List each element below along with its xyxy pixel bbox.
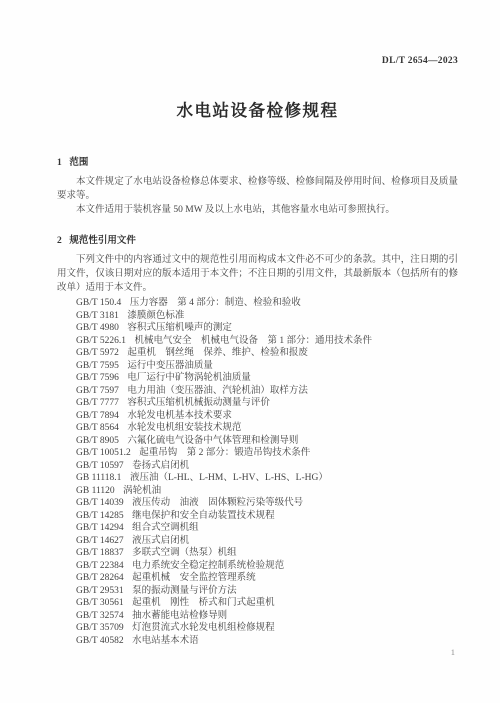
reference-title: 容积式压缩机机械振动测量与评价 — [127, 398, 270, 408]
reference-item: GB/T 7777容积式压缩机机械振动测量与评价 — [76, 397, 458, 410]
reference-title: 水电站基本术语 — [132, 636, 199, 646]
reference-code: GB/T 35709 — [76, 623, 124, 633]
reference-code: GB/T 5972 — [76, 348, 119, 358]
reference-item: GB/T 7597电力用油（变压器油、汽轮机油）取样方法 — [76, 385, 458, 398]
reference-code: GB/T 5226.1 — [76, 336, 126, 346]
reference-code: GB/T 7777 — [76, 398, 119, 408]
reference-code: GB/T 8564 — [76, 423, 119, 433]
reference-title: 水轮发电机基本技术要求 — [127, 411, 232, 421]
reference-title: 压力容器 第 4 部分：制造、检验和验收 — [130, 298, 301, 308]
reference-title: 容积式压缩机噪声的测定 — [127, 323, 232, 333]
reference-item: GB/T 4980容积式压缩机噪声的测定 — [76, 322, 458, 335]
reference-code: GB/T 14294 — [76, 523, 124, 533]
reference-code: GB/T 8905 — [76, 436, 119, 446]
reference-title: 组合式空调机组 — [132, 523, 199, 533]
reference-code: GB/T 28264 — [76, 573, 124, 583]
reference-code: GB/T 10597 — [76, 461, 124, 471]
scope-paragraph-2: 本文件适用于装机容量 50 MW 及以上水电站，其他容量水电站可参照执行。 — [57, 203, 458, 217]
reference-item: GB 11120涡轮机油 — [76, 485, 458, 498]
section-number: 1 — [57, 158, 62, 168]
document-page: DL/T 2654—2023 水电站设备检修规程 1范围 本文件规定了水电站设备… — [0, 0, 500, 703]
reference-title: 六氟化硫电气设备中气体管理和检测导则 — [127, 436, 298, 446]
reference-title: 灯泡贯流式水轮发电机组检修规程 — [132, 623, 275, 633]
section-heading-scope: 1范围 — [57, 154, 458, 168]
reference-item: GB/T 40582水电站基本术语 — [76, 635, 458, 648]
reference-code: GB/T 22384 — [76, 561, 124, 571]
reference-item: GB/T 14285继电保护和安全自动装置技术规程 — [76, 510, 458, 523]
reference-item: GB/T 35709灯泡贯流式水轮发电机组检修规程 — [76, 622, 458, 635]
reference-title: 液压式启闭机 — [132, 536, 189, 546]
reference-item: GB/T 5226.1机械电气安全 机械电气设备 第 1 部分：通用技术条件 — [76, 335, 458, 348]
reference-code: GB/T 3181 — [76, 311, 119, 321]
reference-item: GB/T 32574抽水蓄能电站检修导则 — [76, 610, 458, 623]
reference-code: GB/T 7894 — [76, 411, 119, 421]
reference-title: 电厂运行中矿物涡轮机油质量 — [127, 373, 251, 383]
reference-title: 多联式空调（热泵）机组 — [132, 548, 237, 558]
reference-item: GB/T 22384电力系统安全稳定控制系统检验规范 — [76, 560, 458, 573]
reference-code: GB/T 150.4 — [76, 298, 121, 308]
reference-item: GB/T 29531泵的振动测量与评价方法 — [76, 585, 458, 598]
reference-code: GB/T 30561 — [76, 598, 124, 608]
reference-item: GB 11118.1液压油（L-HL、L-HM、L-HV、L-HS、L-HG） — [76, 472, 458, 485]
reference-title: 液压传动 油液 固体颗粒污染等级代号 — [132, 498, 303, 508]
reference-title: 继电保护和安全自动装置技术规程 — [132, 511, 275, 521]
reference-item: GB/T 14294组合式空调机组 — [76, 522, 458, 535]
reference-title: 起重吊钩 第 2 部分：锻造吊钩技术条件 — [139, 448, 310, 458]
reference-item: GB/T 150.4压力容器 第 4 部分：制造、检验和验收 — [76, 297, 458, 310]
reference-code: GB/T 14039 — [76, 498, 124, 508]
reference-code: GB/T 7596 — [76, 373, 119, 383]
reference-item: GB/T 8564水轮发电机组安装技术规范 — [76, 422, 458, 435]
reference-code: GB/T 14627 — [76, 536, 124, 546]
reference-title: 起重机 钢丝绳 保养、维护、检验和报废 — [127, 348, 308, 358]
reference-title: 机械电气安全 机械电气设备 第 1 部分：通用技术条件 — [135, 336, 373, 346]
reference-code: GB/T 40582 — [76, 636, 124, 646]
reference-code: GB 11118.1 — [76, 473, 121, 483]
reference-item: GB/T 8905六氟化硫电气设备中气体管理和检测导则 — [76, 435, 458, 448]
reference-title: 液压油（L-HL、L-HM、L-HV、L-HS、L-HG） — [130, 473, 328, 483]
reference-code: GB/T 7597 — [76, 386, 119, 396]
reference-code: GB/T 4980 — [76, 323, 119, 333]
reference-title: 电力系统安全稳定控制系统检验规范 — [132, 561, 284, 571]
section-title: 规范性引用文件 — [69, 236, 136, 246]
reference-item: GB/T 10597卷扬式启闭机 — [76, 460, 458, 473]
section-normative-references: 2规范性引用文件 下列文件中的内容通过文中的规范性引用而构成本文件必不可少的条款… — [57, 232, 458, 648]
section-scope: 1范围 本文件规定了水电站设备检修总体要求、检修等级、检修间隔及停用时间、检修项… — [57, 154, 458, 218]
reference-code: GB/T 10051.2 — [76, 448, 131, 458]
document-title: 水电站设备检修规程 — [57, 97, 458, 121]
reference-code: GB/T 7595 — [76, 361, 119, 371]
section-title: 范围 — [69, 158, 88, 168]
reference-code: GB/T 32574 — [76, 611, 124, 621]
reference-item: GB/T 5972起重机 钢丝绳 保养、维护、检验和报废 — [76, 347, 458, 360]
reference-title: 电力用油（变压器油、汽轮机油）取样方法 — [127, 386, 308, 396]
reference-title: 起重机械 安全监控管理系统 — [132, 573, 256, 583]
reference-item: GB/T 14039液压传动 油液 固体颗粒污染等级代号 — [76, 497, 458, 510]
reference-title: 运行中变压器油质量 — [127, 361, 213, 371]
reference-item: GB/T 7596电厂运行中矿物涡轮机油质量 — [76, 372, 458, 385]
scope-paragraph-1: 本文件规定了水电站设备检修总体要求、检修等级、检修间隔及停用时间、检修项目及质量… — [57, 175, 458, 203]
reference-item: GB/T 28264起重机械 安全监控管理系统 — [76, 572, 458, 585]
reference-title: 水轮发电机组安装技术规范 — [127, 423, 241, 433]
reference-item: GB/T 14627液压式启闭机 — [76, 535, 458, 548]
reference-code: GB/T 18837 — [76, 548, 124, 558]
reference-item: GB/T 30561起重机 刚性 桥式和门式起重机 — [76, 597, 458, 610]
reference-title: 抽水蓄能电站检修导则 — [132, 611, 227, 621]
reference-title: 起重机 刚性 桥式和门式起重机 — [132, 598, 275, 608]
doc-code: DL/T 2654—2023 — [57, 56, 458, 66]
reference-code: GB 11120 — [76, 486, 115, 496]
reference-title: 漆膜颜色标准 — [127, 311, 184, 321]
reference-title: 泵的振动测量与评价方法 — [132, 586, 237, 596]
section-number: 2 — [57, 236, 62, 246]
reference-item: GB/T 3181漆膜颜色标准 — [76, 310, 458, 323]
reference-list: GB/T 150.4压力容器 第 4 部分：制造、检验和验收 GB/T 3181… — [57, 297, 458, 647]
page-number: 1 — [451, 647, 455, 657]
reference-item: GB/T 18837多联式空调（热泵）机组 — [76, 547, 458, 560]
reference-item: GB/T 10051.2起重吊钩 第 2 部分：锻造吊钩技术条件 — [76, 447, 458, 460]
section-heading-references: 2规范性引用文件 — [57, 232, 458, 246]
references-intro-paragraph: 下列文件中的内容通过文中的规范性引用而构成本文件必不可少的条款。其中，注日期的引… — [57, 253, 458, 296]
reference-code: GB/T 29531 — [76, 586, 124, 596]
reference-code: GB/T 14285 — [76, 511, 124, 521]
reference-title: 卷扬式启闭机 — [132, 461, 189, 471]
reference-item: GB/T 7595运行中变压器油质量 — [76, 360, 458, 373]
reference-item: GB/T 7894水轮发电机基本技术要求 — [76, 410, 458, 423]
reference-title: 涡轮机油 — [123, 486, 161, 496]
